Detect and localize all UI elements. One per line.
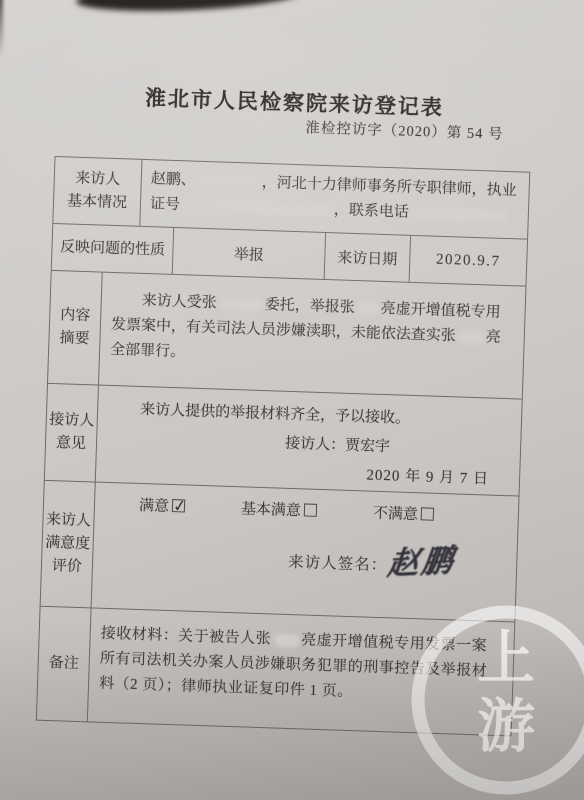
table-row-receiver-opinion: 接访人 意见 来访人提供的举报材料齐全，予以接收。 接访人：贾宏宇 2020 年…	[45, 383, 522, 496]
redacted-text	[458, 330, 484, 344]
remarks-value: 接收材料：关于被告人张亮虚开增值税专用发票一案所有司法机关办案人员涉嫌职务犯罪的…	[87, 608, 515, 735]
row-label-satisfaction: 来访人 满意度 评价	[41, 481, 95, 608]
option-basically-satisfied: 基本满意	[241, 497, 318, 525]
redacted-text	[273, 634, 299, 648]
table-row-satisfaction: 来访人 满意度 评价 满意✓ 基本满意 不满意 来访人签名： 赵鹏	[41, 480, 519, 622]
checkbox-unsatisfied-empty	[421, 507, 434, 520]
remarks-paragraph: 接收材料：关于被告人张亮虚开增值税专用发票一案所有司法机关办案人员涉嫌职务犯罪的…	[99, 622, 503, 710]
signature-line: 来访人签名： 赵鹏	[288, 547, 507, 584]
checkbox-satisfied-checked: ✓	[172, 499, 185, 512]
redacted-text	[411, 207, 507, 223]
option-unsatisfied: 不满意	[372, 501, 434, 528]
photo-of-registration-form: { "title": "淮北市人民检察院来访登记表", "doc_number"…	[0, 0, 584, 800]
satisfaction-options: 满意✓ 基本满意 不满意	[105, 491, 509, 532]
photo-background-edge-left	[0, 0, 3, 58]
photo-background-edge	[76, 0, 303, 15]
signature-label: 来访人签名：	[288, 549, 388, 577]
redacted-text	[198, 175, 260, 190]
registration-table: 来访人 基本情况 赵鹏、，河北十力律师事务所专职律师，执业证号，联系电话 反映问…	[36, 156, 530, 736]
row-label-receiver-opinion: 接访人 意见	[45, 384, 98, 482]
visit-date-label: 来访日期	[324, 233, 410, 282]
redacted-text	[356, 302, 378, 316]
content-summary-value: 来访人受张委托，举报张亮虚开增值税专用发票案中，有关司法人员涉嫌渎职，未能依法查…	[98, 273, 525, 399]
visitor-handwritten-signature: 赵鹏	[386, 545, 458, 579]
redacted-text	[182, 199, 332, 217]
issue-nature-value: 举报	[172, 228, 325, 279]
summary-paragraph: 来访人受张委托，举报张亮虚开增值税专用发票案中，有关司法人员涉嫌渎职，未能依法查…	[110, 288, 514, 376]
receiver-opinion-value: 来访人提供的举报材料齐全，予以接收。 接访人：贾宏宇 2020 年 9 月 7 …	[95, 386, 522, 496]
table-row-content-summary: 内容 摘要 来访人受张委托，举报张亮虚开增值税专用发票案中，有关司法人员涉嫌渎职…	[48, 270, 525, 399]
row-label-visitor-info: 来访人 基本情况	[53, 157, 141, 226]
checkbox-basically-empty	[304, 503, 317, 516]
option-satisfied: 满意✓	[139, 493, 186, 520]
row-label-issue-nature: 反映问题的性质	[52, 224, 173, 274]
document-sheet: 淮北市人民检察院来访登记表 淮检控访字（2020）第 54 号 来访人 基本情况…	[36, 82, 533, 736]
row-label-content-summary: 内容 摘要	[48, 271, 102, 385]
check-icon: ✓	[172, 492, 188, 518]
visitor-info-value: 赵鹏、，河北十力律师事务所专职律师，执业证号，联系电话	[139, 160, 529, 239]
redacted-text	[219, 298, 263, 312]
visit-date-value: 2020.9.7	[409, 236, 527, 286]
row-label-remarks: 备注	[37, 607, 91, 722]
satisfaction-value: 满意✓ 基本满意 不满意 来访人签名： 赵鹏	[91, 482, 519, 621]
table-row-remarks: 备注 接收材料：关于被告人张亮虚开增值税专用发票一案所有司法机关办案人员涉嫌职务…	[37, 606, 515, 736]
